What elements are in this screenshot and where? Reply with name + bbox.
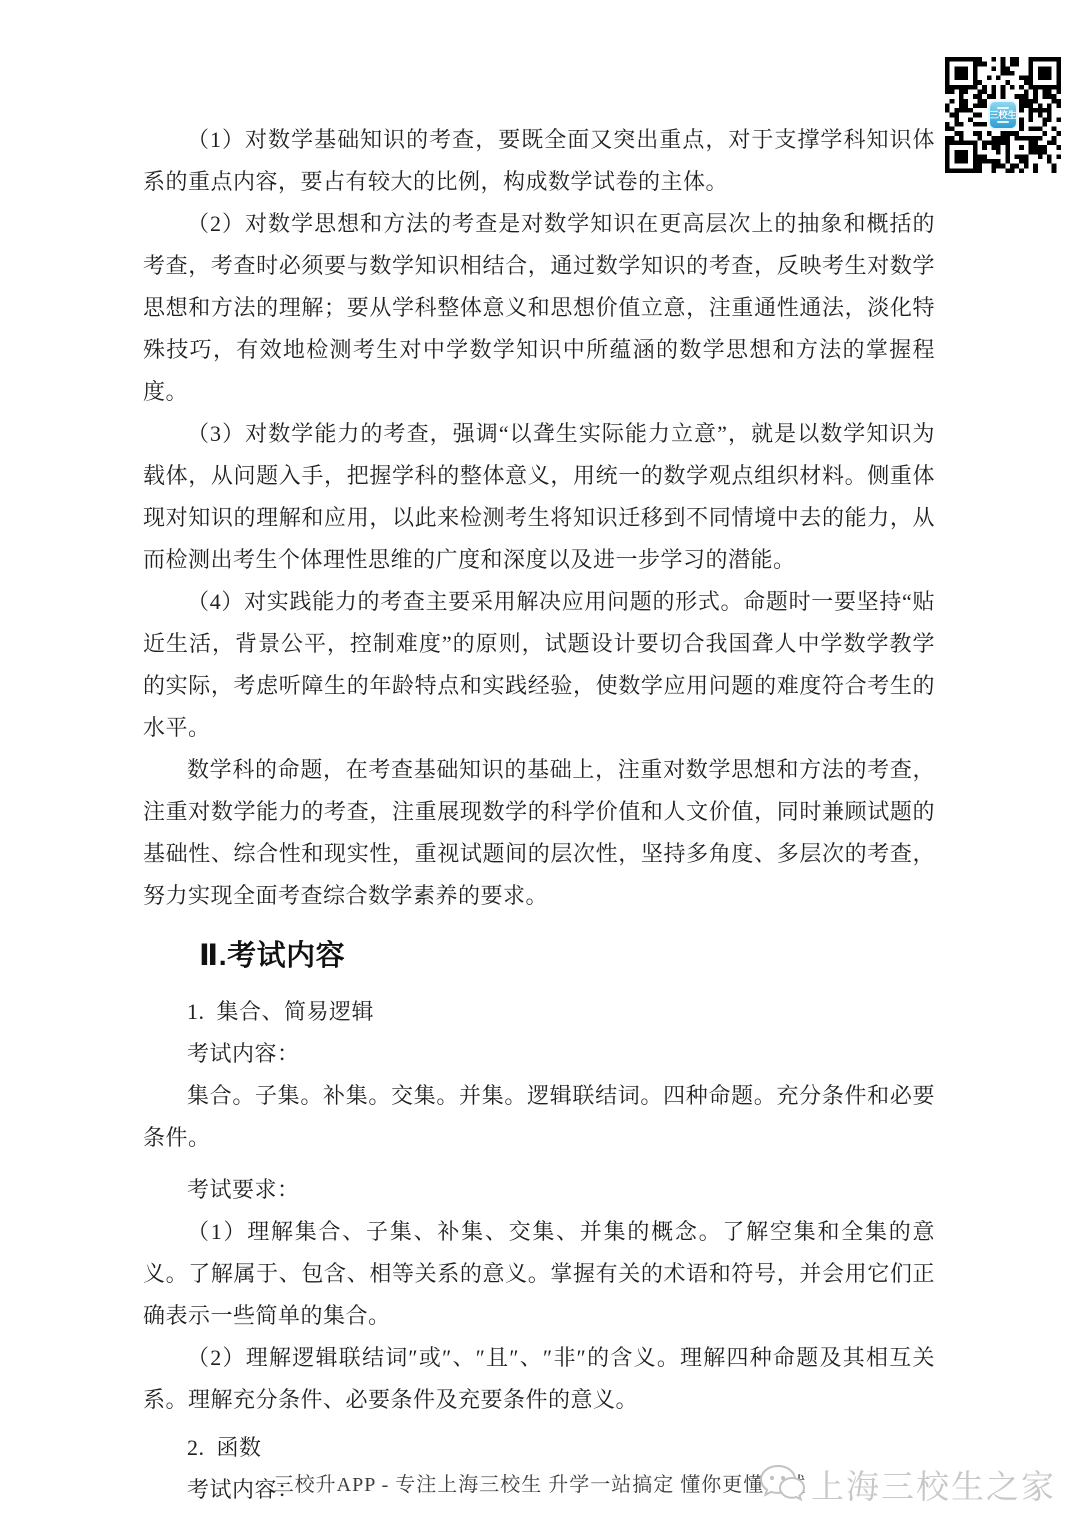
topic1-title: 集合、简易逻辑 bbox=[217, 999, 375, 1024]
paragraph-4: （4）对实践能力的考查主要采用解决应用问题的形式。命题时一要坚持“贴近生活，背景… bbox=[143, 581, 935, 749]
watermark: 上海三校生之家 bbox=[759, 1460, 1056, 1508]
topic1-requirement-1: （1）理解集合、子集、补集、交集、并集的概念。了解空集和全集的意义。了解属于、包… bbox=[143, 1211, 935, 1337]
section-heading: Ⅱ.考试内容 bbox=[143, 933, 935, 979]
topic1-number: 1. bbox=[187, 999, 205, 1024]
topic1-requirements-label: 考试要求： bbox=[143, 1169, 935, 1211]
qr-logo-decor-bottom bbox=[997, 121, 1009, 123]
watermark-text: 上海三校生之家 bbox=[811, 1461, 1056, 1508]
topic1-content-label: 考试内容： bbox=[143, 1033, 935, 1075]
paragraph-5: 数学科的命题，在考查基础知识的基础上，注重对数学思想和方法的考查，注重对数学能力… bbox=[143, 749, 935, 917]
qr-logo-label: 三校生 bbox=[990, 110, 1017, 120]
qr-logo-decor-top bbox=[997, 107, 1009, 109]
document-body: （1）对数学基础知识的考查，要既全面又突出重点，对于支撑学科知识体系的重点内容，… bbox=[143, 119, 935, 1511]
wechat-icon bbox=[759, 1463, 805, 1505]
paragraph-1: （1）对数学基础知识的考查，要既全面又突出重点，对于支撑学科知识体系的重点内容，… bbox=[143, 119, 935, 203]
topic2-number: 2. bbox=[187, 1435, 205, 1460]
topic2-title: 函数 bbox=[217, 1435, 262, 1460]
paragraph-2: （2）对数学思想和方法的考查是对数学知识在更高层次上的抽象和概括的考查，考查时必… bbox=[143, 203, 935, 413]
qr-center-logo: 三校生 bbox=[988, 100, 1018, 130]
qr-code: 三校生 bbox=[945, 57, 1061, 173]
paragraph-3: （3）对数学能力的考查，强调“以聋生实际能力立意”，就是以数学知识为载体，从问题… bbox=[143, 413, 935, 581]
topic1-title-line: 1.集合、简易逻辑 bbox=[143, 991, 935, 1033]
document-page: 三校生 （1）对数学基础知识的考查，要既全面又突出重点，对于支撑学科知识体系的重… bbox=[0, 0, 1080, 1527]
topic1-requirement-2: （2）理解逻辑联结词″或″、″且″、″非″的含义。理解四种命题及其相互关系。理解… bbox=[143, 1337, 935, 1421]
topic1-content-text: 集合。子集。补集。交集。并集。逻辑联结词。四种命题。充分条件和必要条件。 bbox=[143, 1075, 935, 1159]
